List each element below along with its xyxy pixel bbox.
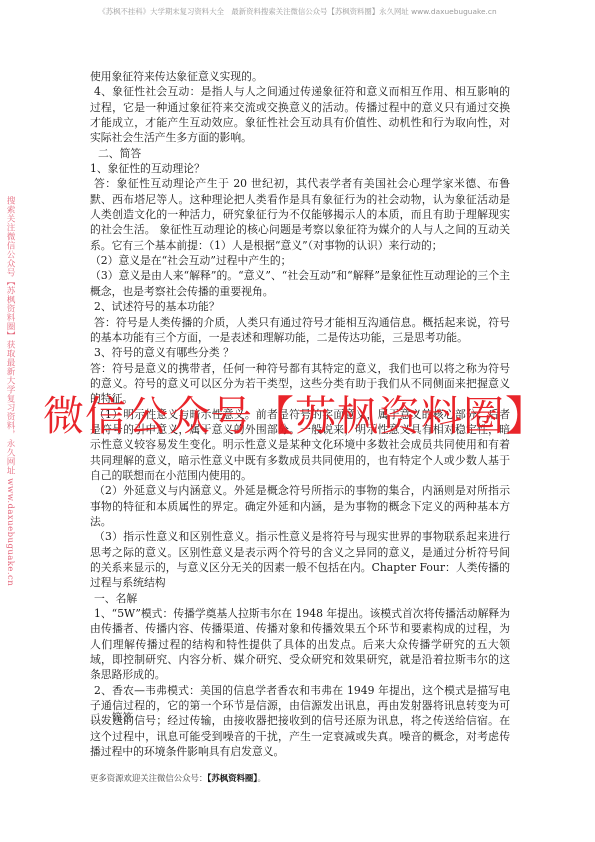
side-vertical-banner: 搜索关注微信公众号【苏枫资料圈】获取最新大学复习资料，永久网址 www.daxu… <box>4 196 16 616</box>
paragraph: （3）指示性意义和区别性意义。指示性意义是将符号与现实世界的事物联系起来进行思考… <box>90 529 510 590</box>
paragraph: 2、香农—韦弗模式：美国的信息学者香农和韦弗在 1949 年提出，这个模式是描写… <box>90 683 510 760</box>
section-heading-bottom: 二、简答 <box>90 710 133 725</box>
section-heading: 一、名解 <box>90 591 510 606</box>
footer-prefix: 更多资源欢迎关注微信公众号： <box>90 773 207 783</box>
paragraph: （2）外延意义与内涵意义。外延是概念符号所指示的事物的集合，内涵则是对所指示事物… <box>90 483 510 529</box>
paragraph: 4、象征性社会互动：是指人与人之间通过传递象征符和意义而相互作用、相互影响的过程… <box>90 84 510 145</box>
paragraph: 使用象征符来传达象征意义实现的。 <box>90 69 510 84</box>
question-heading: 2、试述符号的基本功能？ <box>90 299 510 314</box>
question-heading: 1、象征性的互动理论？ <box>90 161 510 176</box>
footer-highlight: 【苏枫资料圈】 <box>207 773 257 783</box>
footer-note: 更多资源欢迎关注微信公众号：【苏枫资料圈】。 <box>90 772 266 784</box>
page-header-banner: 《苏枫不挂科》大学期末复习资料大全 最新资料搜索关注微信公众号【苏枫资料圈】永久… <box>0 6 595 17</box>
document-body: 使用象征符来传达象征意义实现的。 4、象征性社会互动：是指人与人之间通过传递象征… <box>90 69 510 759</box>
paragraph: 答：符号是人类传播的介质，人类只有通过符号才能相互沟通信息。概括起来说，符号的基… <box>90 315 510 346</box>
paragraph: （3）意义是由人来“解释”的。“意义”、“社会互动”和“解释”是象征性互动理论的… <box>90 268 510 299</box>
paragraph: 1、“5W”模式：传播学奠基人拉斯韦尔在 1948 年提出。该模式首次将传播活动… <box>90 606 510 683</box>
footer-suffix: 。 <box>258 773 266 783</box>
paragraph: 答：符号是意义的携带者，任何一种符号都有其特定的意义，我们也可以将之称为符号的意… <box>90 361 510 407</box>
paragraph: 答：象征性互动理论产生于 20 世纪初，其代表学者有美国社会心理学家米德、布鲁默… <box>90 176 510 253</box>
paragraph: （2）意义是在“社会互动”过程中产生的； <box>90 253 510 268</box>
section-heading: 二、简答 <box>90 146 510 161</box>
paragraph: （1）明示性意义与暗示性意义。前者是符号的字面意义，属于意义的核心部分；后者是符… <box>90 407 510 484</box>
question-heading: 3、符号的意义有哪些分类 ？ <box>90 345 510 360</box>
